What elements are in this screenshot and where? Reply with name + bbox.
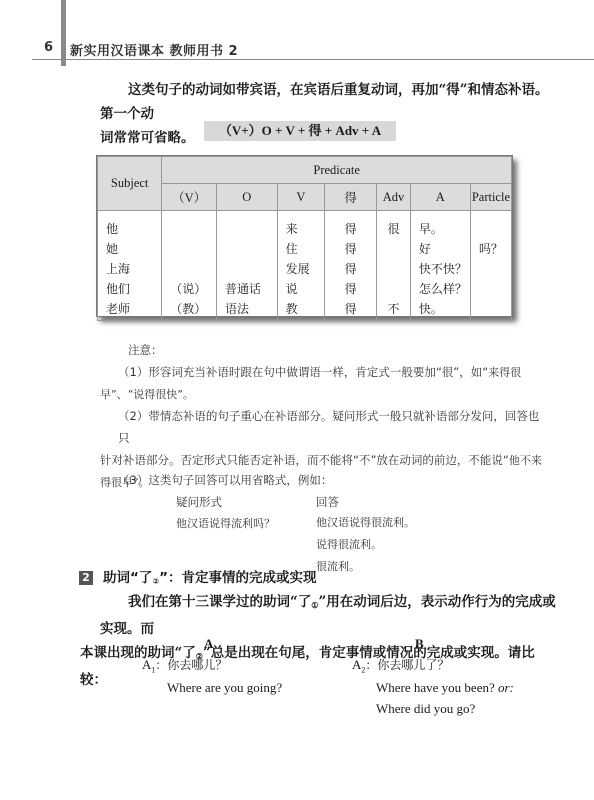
col-v: V <box>277 184 325 211</box>
grammar-table: Subject Predicate （V） O V 得 Adv A Partic… <box>96 155 513 317</box>
header-rule <box>32 59 594 60</box>
note-1: （1）形容词充当补语时跟在句中做谓语一样，肯定式一般要加“很”，如“来得很 早”… <box>118 361 548 406</box>
example-a2-english-2: Where did you go? <box>376 701 475 717</box>
example-answers: 他汉语说得很流利。 说得很流利。 很流利。 <box>316 512 415 578</box>
example-a1: A1：你去哪儿？ <box>142 656 227 675</box>
notes-title: 注意： <box>128 339 163 361</box>
a-cells: 早。 好 快不快？ 怎么样？ 快。 <box>410 211 470 321</box>
col-o: O <box>217 184 278 211</box>
section-2-paragraph: 我们在第十三课学过的助词“了①”用在动词后边，表示动作行为的完成或实现。而 本课… <box>100 590 556 692</box>
v1-cells: （说） （教） <box>162 211 217 321</box>
example-a2: A2：你去哪儿了？ <box>352 656 449 675</box>
note-3: （3）这类句子回答可以用省略式，例如： <box>118 469 332 491</box>
predicate-header: Predicate <box>162 157 512 184</box>
book-title: 新实用汉语课本 教师用书 2 <box>70 40 238 59</box>
page-margin-bar <box>61 0 66 66</box>
example-a2-english-1: Where have you been? or: <box>376 680 514 696</box>
subject-header: Subject <box>98 157 162 211</box>
answer-header: 回答 <box>316 491 339 513</box>
col-adv: Adv <box>377 184 411 211</box>
subject-cells: 他 她 上海 他们 老师 <box>98 211 162 321</box>
page-number: 6 <box>44 40 53 55</box>
col-de: 得 <box>325 184 377 211</box>
v-cells: 来 住 发展 说 教 <box>277 211 325 321</box>
formula-box: （V+）O + V + 得 + Adv + A <box>204 121 396 141</box>
example-a1-english: Where are you going? <box>167 680 282 696</box>
column-a-label: A <box>204 636 213 652</box>
column-b-label: B <box>415 636 424 652</box>
example-question: 他汉语说得流利吗？ <box>176 512 275 535</box>
particle-cells: 吗？ <box>470 211 511 321</box>
table-body: 他 她 上海 他们 老师 （说） （教） 普通话 语法 来 <box>98 211 512 321</box>
intro-line-1: 这类句子的动词如带宾语，在宾语后重复动词，再加“得”和情态补语。第一个动 <box>100 78 556 126</box>
o-cells: 普通话 语法 <box>217 211 278 321</box>
de-cells: 得 得 得 得 得 <box>325 211 377 321</box>
section-number-badge: 2 <box>79 571 93 585</box>
section-2-title: 2助词“了②”：肯定事情的完成或实现 <box>79 566 317 586</box>
col-a: A <box>410 184 470 211</box>
adv-cells: 很 不 <box>377 211 411 321</box>
col-v1: （V） <box>162 184 217 211</box>
question-header: 疑问形式 <box>176 491 222 513</box>
col-particle: Particle <box>470 184 511 211</box>
